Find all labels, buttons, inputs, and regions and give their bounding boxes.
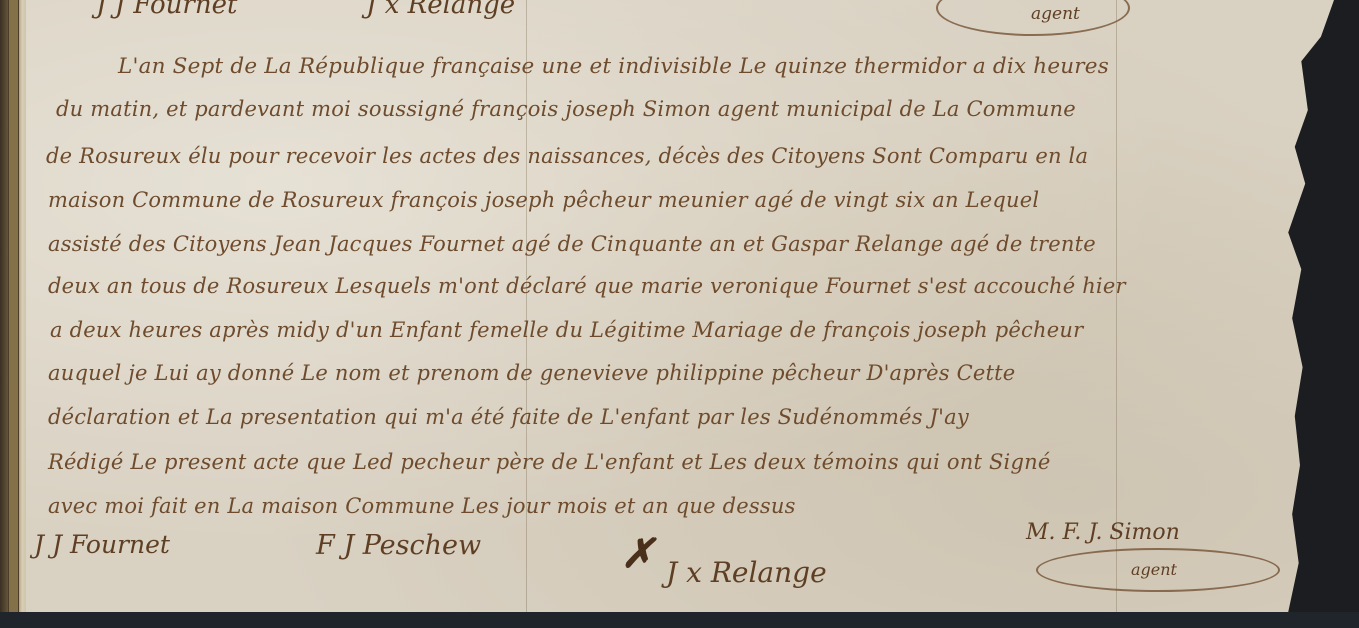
signature-relange: J x Relange xyxy=(666,556,827,589)
manuscript-page: J J Fournet J x Relange agent L'an Sept … xyxy=(26,0,1334,612)
record-line-3: de Rosureux élu pour recevoir les actes … xyxy=(46,144,1088,168)
record-line-8: auquel je Lui ay donné Le nom et prenom … xyxy=(48,361,1015,385)
record-line-4: maison Commune de Rosureux françois jose… xyxy=(48,188,1039,212)
top-signature-fournet: J J Fournet xyxy=(96,0,237,20)
signature-fournet: J J Fournet xyxy=(34,530,170,559)
record-line-10: Rédigé Le present acte que Led pecheur p… xyxy=(48,450,1050,474)
record-line-1: L'an Sept de La République française une… xyxy=(118,54,1109,79)
paper-crease xyxy=(526,0,527,612)
binding-strip xyxy=(8,0,19,612)
top-signature-agent-label: agent xyxy=(1031,4,1080,24)
signature-pecheur: F J Peschew xyxy=(316,530,481,561)
top-signature-relange: J x Relange xyxy=(366,0,515,20)
record-line-11: avec moi fait en La maison Commune Les j… xyxy=(48,494,796,518)
record-line-7: a deux heures après midy d'un Enfant fem… xyxy=(50,318,1083,342)
document-scan: J J Fournet J x Relange agent L'an Sept … xyxy=(0,0,1359,612)
signature-simon: M. F. J. Simon xyxy=(1026,520,1180,545)
record-line-5: assisté des Citoyens Jean Jacques Fourne… xyxy=(48,232,1096,256)
signature-simon-title: agent xyxy=(1131,560,1177,579)
record-line-9: déclaration et La presentation qui m'a é… xyxy=(48,405,969,429)
record-line-2: du matin, et pardevant moi soussigné fra… xyxy=(56,97,1076,121)
record-line-6: deux an tous de Rosureux Lesquels m'ont … xyxy=(48,274,1126,298)
mark-cross-relange: ✗ xyxy=(621,530,655,577)
viewer-bottom-bar xyxy=(0,612,1359,628)
